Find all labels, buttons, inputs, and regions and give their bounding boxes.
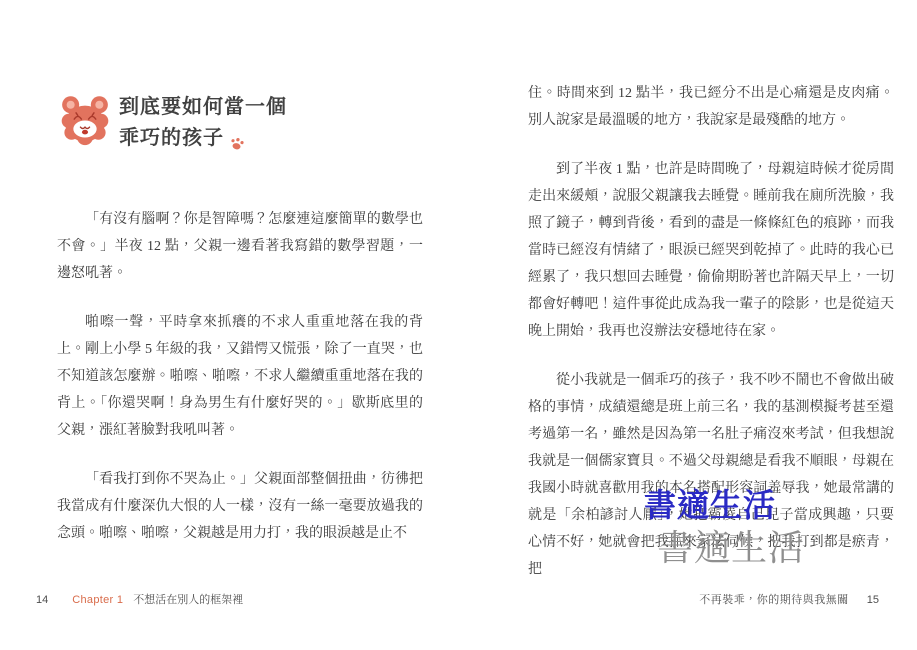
book-spread: 到底要如何當一個 乖巧的孩子 「有沒有腦啊？你是智障嗎？怎麼連這麼簡單的數學也不 — [0, 0, 917, 650]
section-title: 到底要如何當一個 乖巧的孩子 — [119, 92, 287, 154]
section-title-line1: 到底要如何當一個 — [119, 92, 287, 123]
left-page-footer: 14 Chapter 1 不想活在別人的框架裡 — [36, 591, 243, 607]
book-title: 不再裝乖，你的期待與我無關 — [699, 591, 849, 607]
paragraph: 住。時間來到 12 點半，我已經分不出是心痛還是皮肉痛。別人說家是最溫暖的地方，… — [528, 80, 894, 134]
chapter-title: 不想活在別人的框架裡 — [133, 591, 243, 607]
paragraph: 從小我就是一個乖巧的孩子，我不吵不鬧也不會做出破格的事情，成績還總是班上前三名，… — [528, 367, 894, 583]
paragraph: 啪嚓一聲，平時拿來抓癢的不求人重重地落在我的背上。剛上小學 5 年級的我，又錯愕… — [57, 309, 423, 444]
right-page-footer: 不再裝乖，你的期待與我無關 15 — [699, 591, 879, 607]
section-title-line2: 乖巧的孩子 — [119, 123, 224, 154]
chapter-section-title-block: 到底要如何當一個 乖巧的孩子 — [58, 92, 287, 154]
squirrel-mascot-icon — [58, 94, 112, 146]
left-page-text-column: 「有沒有腦啊？你是智障嗎？怎麼連這麼簡單的數學也不會。」半夜 12 點，父親一邊… — [57, 206, 423, 547]
paragraph: 到了半夜 1 點，也許是時間晚了，母親這時候才從房間走出來緩頰，說服父親讓我去睡… — [528, 156, 894, 345]
paragraph: 「有沒有腦啊？你是智障嗎？怎麼連這麼簡單的數學也不會。」半夜 12 點，父親一邊… — [57, 206, 423, 287]
page-number-right: 15 — [867, 594, 879, 606]
page-number-left: 14 — [36, 594, 48, 606]
chapter-label: Chapter 1 — [72, 594, 123, 606]
right-page-text-column: 住。時間來到 12 點半，我已經分不出是心痛還是皮肉痛。別人說家是最溫暖的地方，… — [528, 80, 894, 583]
paragraph: 「看我打到你不哭為止。」父親面部整個扭曲，彷彿把我當成有什麼深仇大恨的人一樣，沒… — [57, 466, 423, 547]
paw-print-icon — [230, 137, 244, 151]
